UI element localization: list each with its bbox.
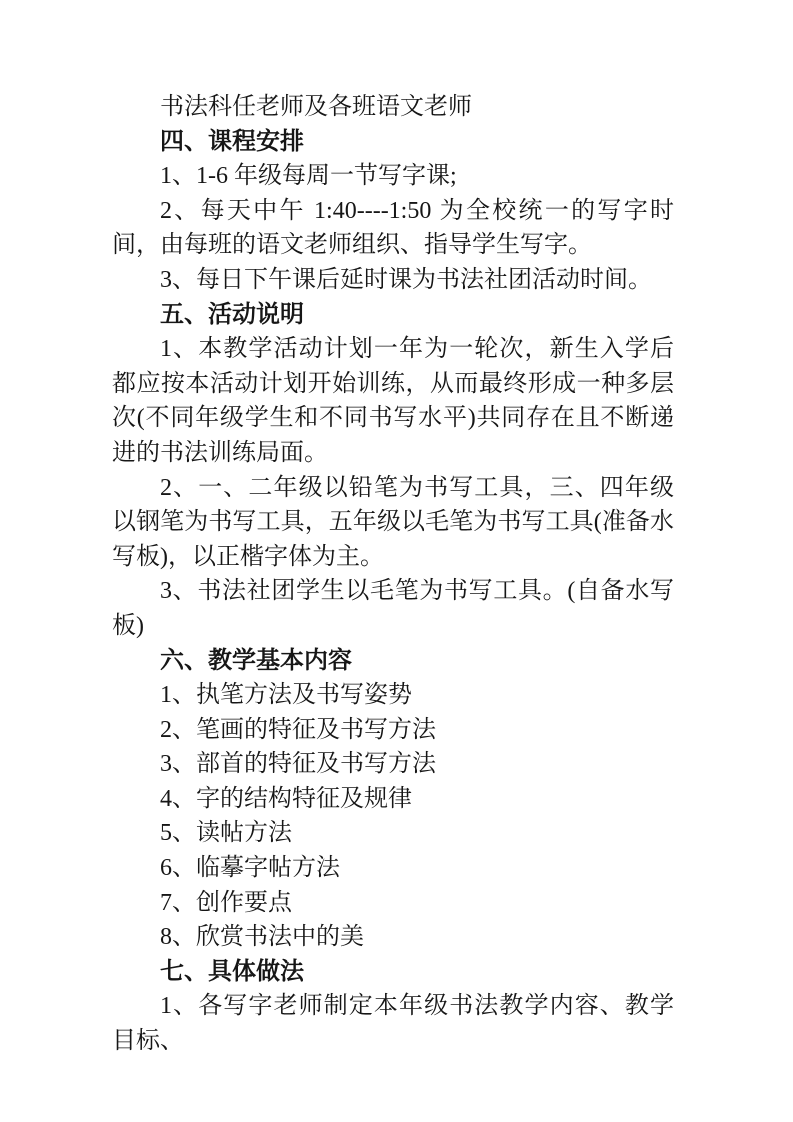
section-heading-6: 六、教学基本内容 bbox=[112, 644, 674, 679]
list-item: 1、1-6 年级每周一节写字课; bbox=[112, 159, 674, 194]
section-heading-4: 四、课程安排 bbox=[112, 125, 674, 160]
list-item: 3、书法社团学生以毛笔为书写工具。(自备水写板) bbox=[112, 574, 674, 643]
list-item: 1、本教学活动计划一年为一轮次，新生入学后都应按本活动计划开始训练，从而最终形成… bbox=[112, 332, 674, 470]
list-item: 7、创作要点 bbox=[112, 886, 674, 921]
list-item: 8、欣赏书法中的美 bbox=[112, 920, 674, 955]
document-text-block: 书法科任老师及各班语文老师 四、课程安排 1、1-6 年级每周一节写字课; 2、… bbox=[112, 90, 674, 1059]
list-item: 2、每天中午 1:40----1:50 为全校统一的写字时间，由每班的语文老师组… bbox=[112, 194, 674, 263]
list-item: 3、每日下午课后延时课为书法社团活动时间。 bbox=[112, 263, 674, 298]
list-item: 1、各写字老师制定本年级书法教学内容、教学目标、 bbox=[112, 989, 674, 1058]
list-item: 1、执笔方法及书写姿势 bbox=[112, 678, 674, 713]
list-item: 3、部首的特征及书写方法 bbox=[112, 747, 674, 782]
section-heading-7: 七、具体做法 bbox=[112, 955, 674, 990]
list-item: 2、一、二年级以铅笔为书写工具，三、四年级以钢笔为书写工具，五年级以毛笔为书写工… bbox=[112, 471, 674, 575]
document-page: 书法科任老师及各班语文老师 四、课程安排 1、1-6 年级每周一节写字课; 2、… bbox=[0, 0, 793, 1122]
section-heading-5: 五、活动说明 bbox=[112, 298, 674, 333]
list-item: 5、读帖方法 bbox=[112, 816, 674, 851]
list-item: 4、字的结构特征及规律 bbox=[112, 782, 674, 817]
paragraph-continuation: 书法科任老师及各班语文老师 bbox=[112, 90, 674, 125]
list-item: 2、笔画的特征及书写方法 bbox=[112, 713, 674, 748]
list-item: 6、临摹字帖方法 bbox=[112, 851, 674, 886]
